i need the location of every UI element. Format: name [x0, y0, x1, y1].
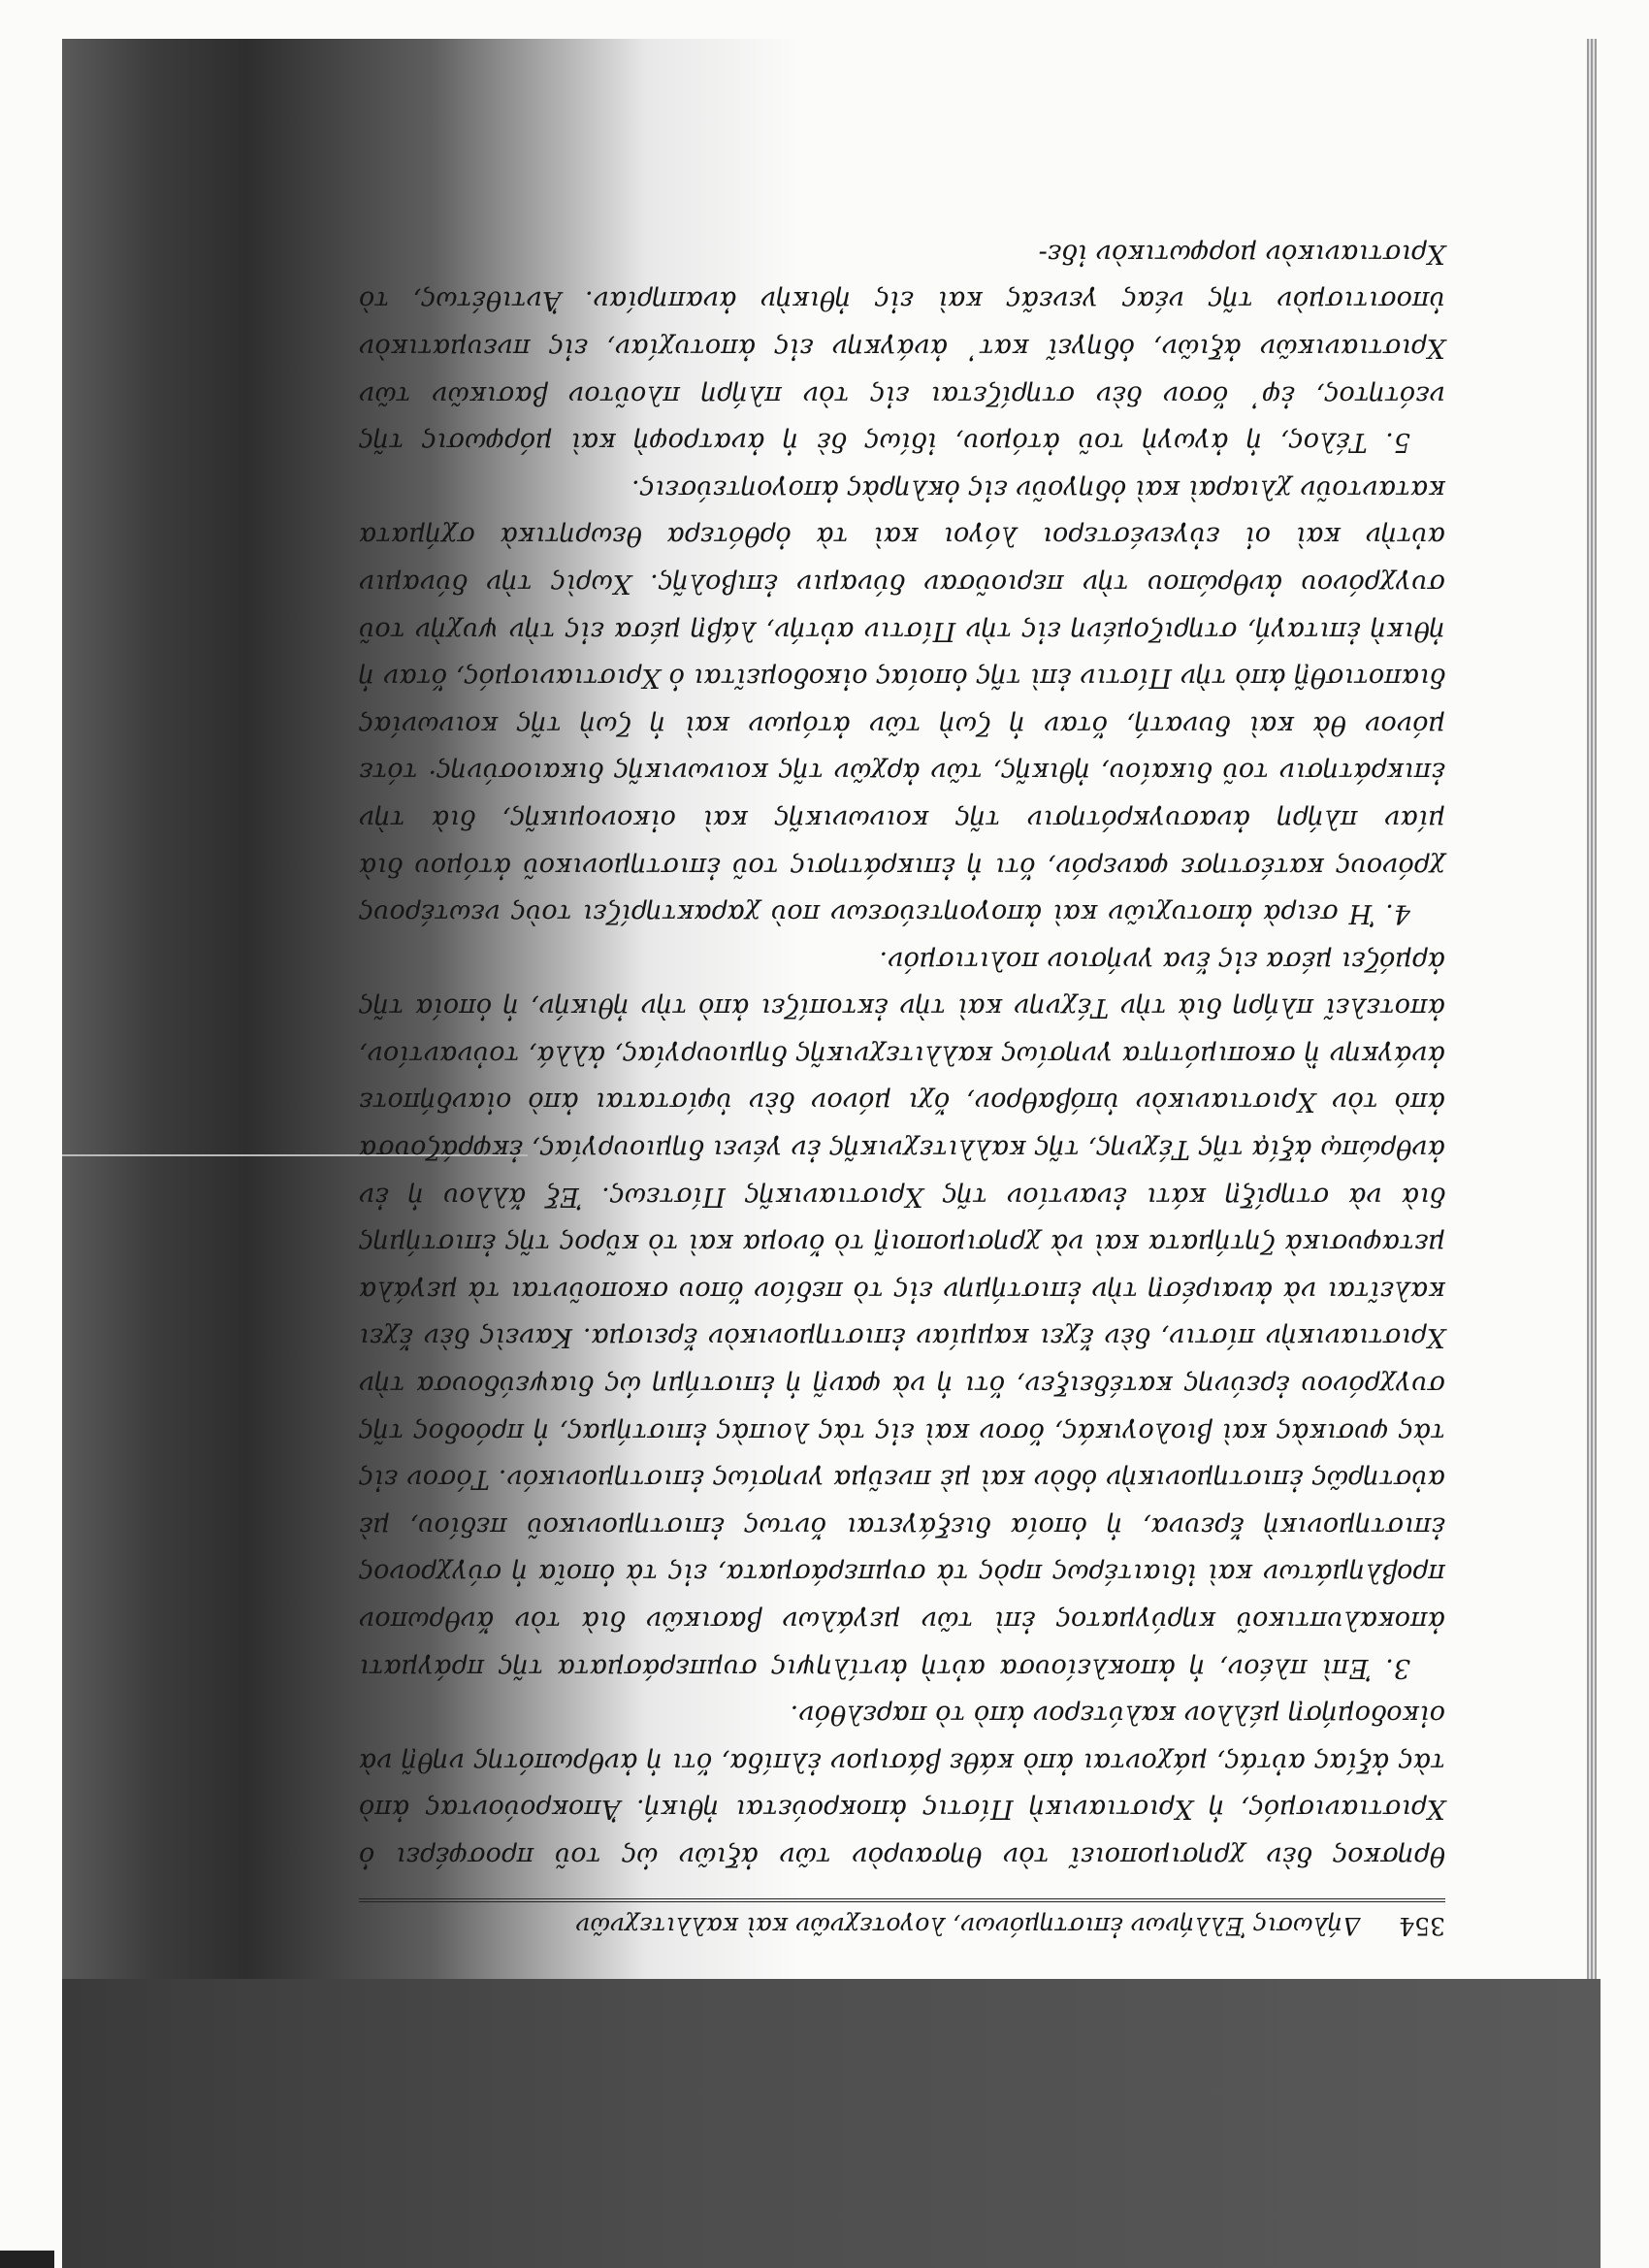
page-body: θρησκος δὲν χρησιμοποιεῖ τὸν θησαυρὸν τῶ…: [359, 229, 1445, 1879]
scan-dark-band: [62, 1979, 1600, 2268]
page-edge-rule: [1587, 39, 1597, 1979]
paragraph: 4. Ἡ σειρὰ ἀποτυχιῶν καὶ ἀπογοητεύσεων π…: [359, 465, 1445, 936]
header-title: Δήλωσις Ἑλλήνων ἐπιστημόνων, λογοτεχνῶν …: [575, 1912, 1360, 1940]
paragraph: 5. Τέλος, ἡ ἀγωγὴ τοῦ ἀτόμου, ἰδίως δὲ ἡ…: [359, 229, 1445, 465]
book-page: 354 Δήλωσις Ἑλλήνων ἐπιστημόνων, λογοτεχ…: [359, 243, 1445, 1940]
page-number: 354: [1399, 1912, 1445, 1940]
paragraph: θρησκος δὲν χρησιμοποιεῖ τὸν θησαυρὸν τῶ…: [359, 1691, 1445, 1879]
scanner-edge: [0, 2251, 54, 2268]
paragraph: 3. Ἐπὶ πλέον, ἡ ἀποκλείουσα αὐτὴ ἀντίληψ…: [359, 936, 1445, 1691]
running-header: 354 Δήλωσις Ἑλλήνων ἐπιστημόνων, λογοτεχ…: [359, 1898, 1445, 1940]
